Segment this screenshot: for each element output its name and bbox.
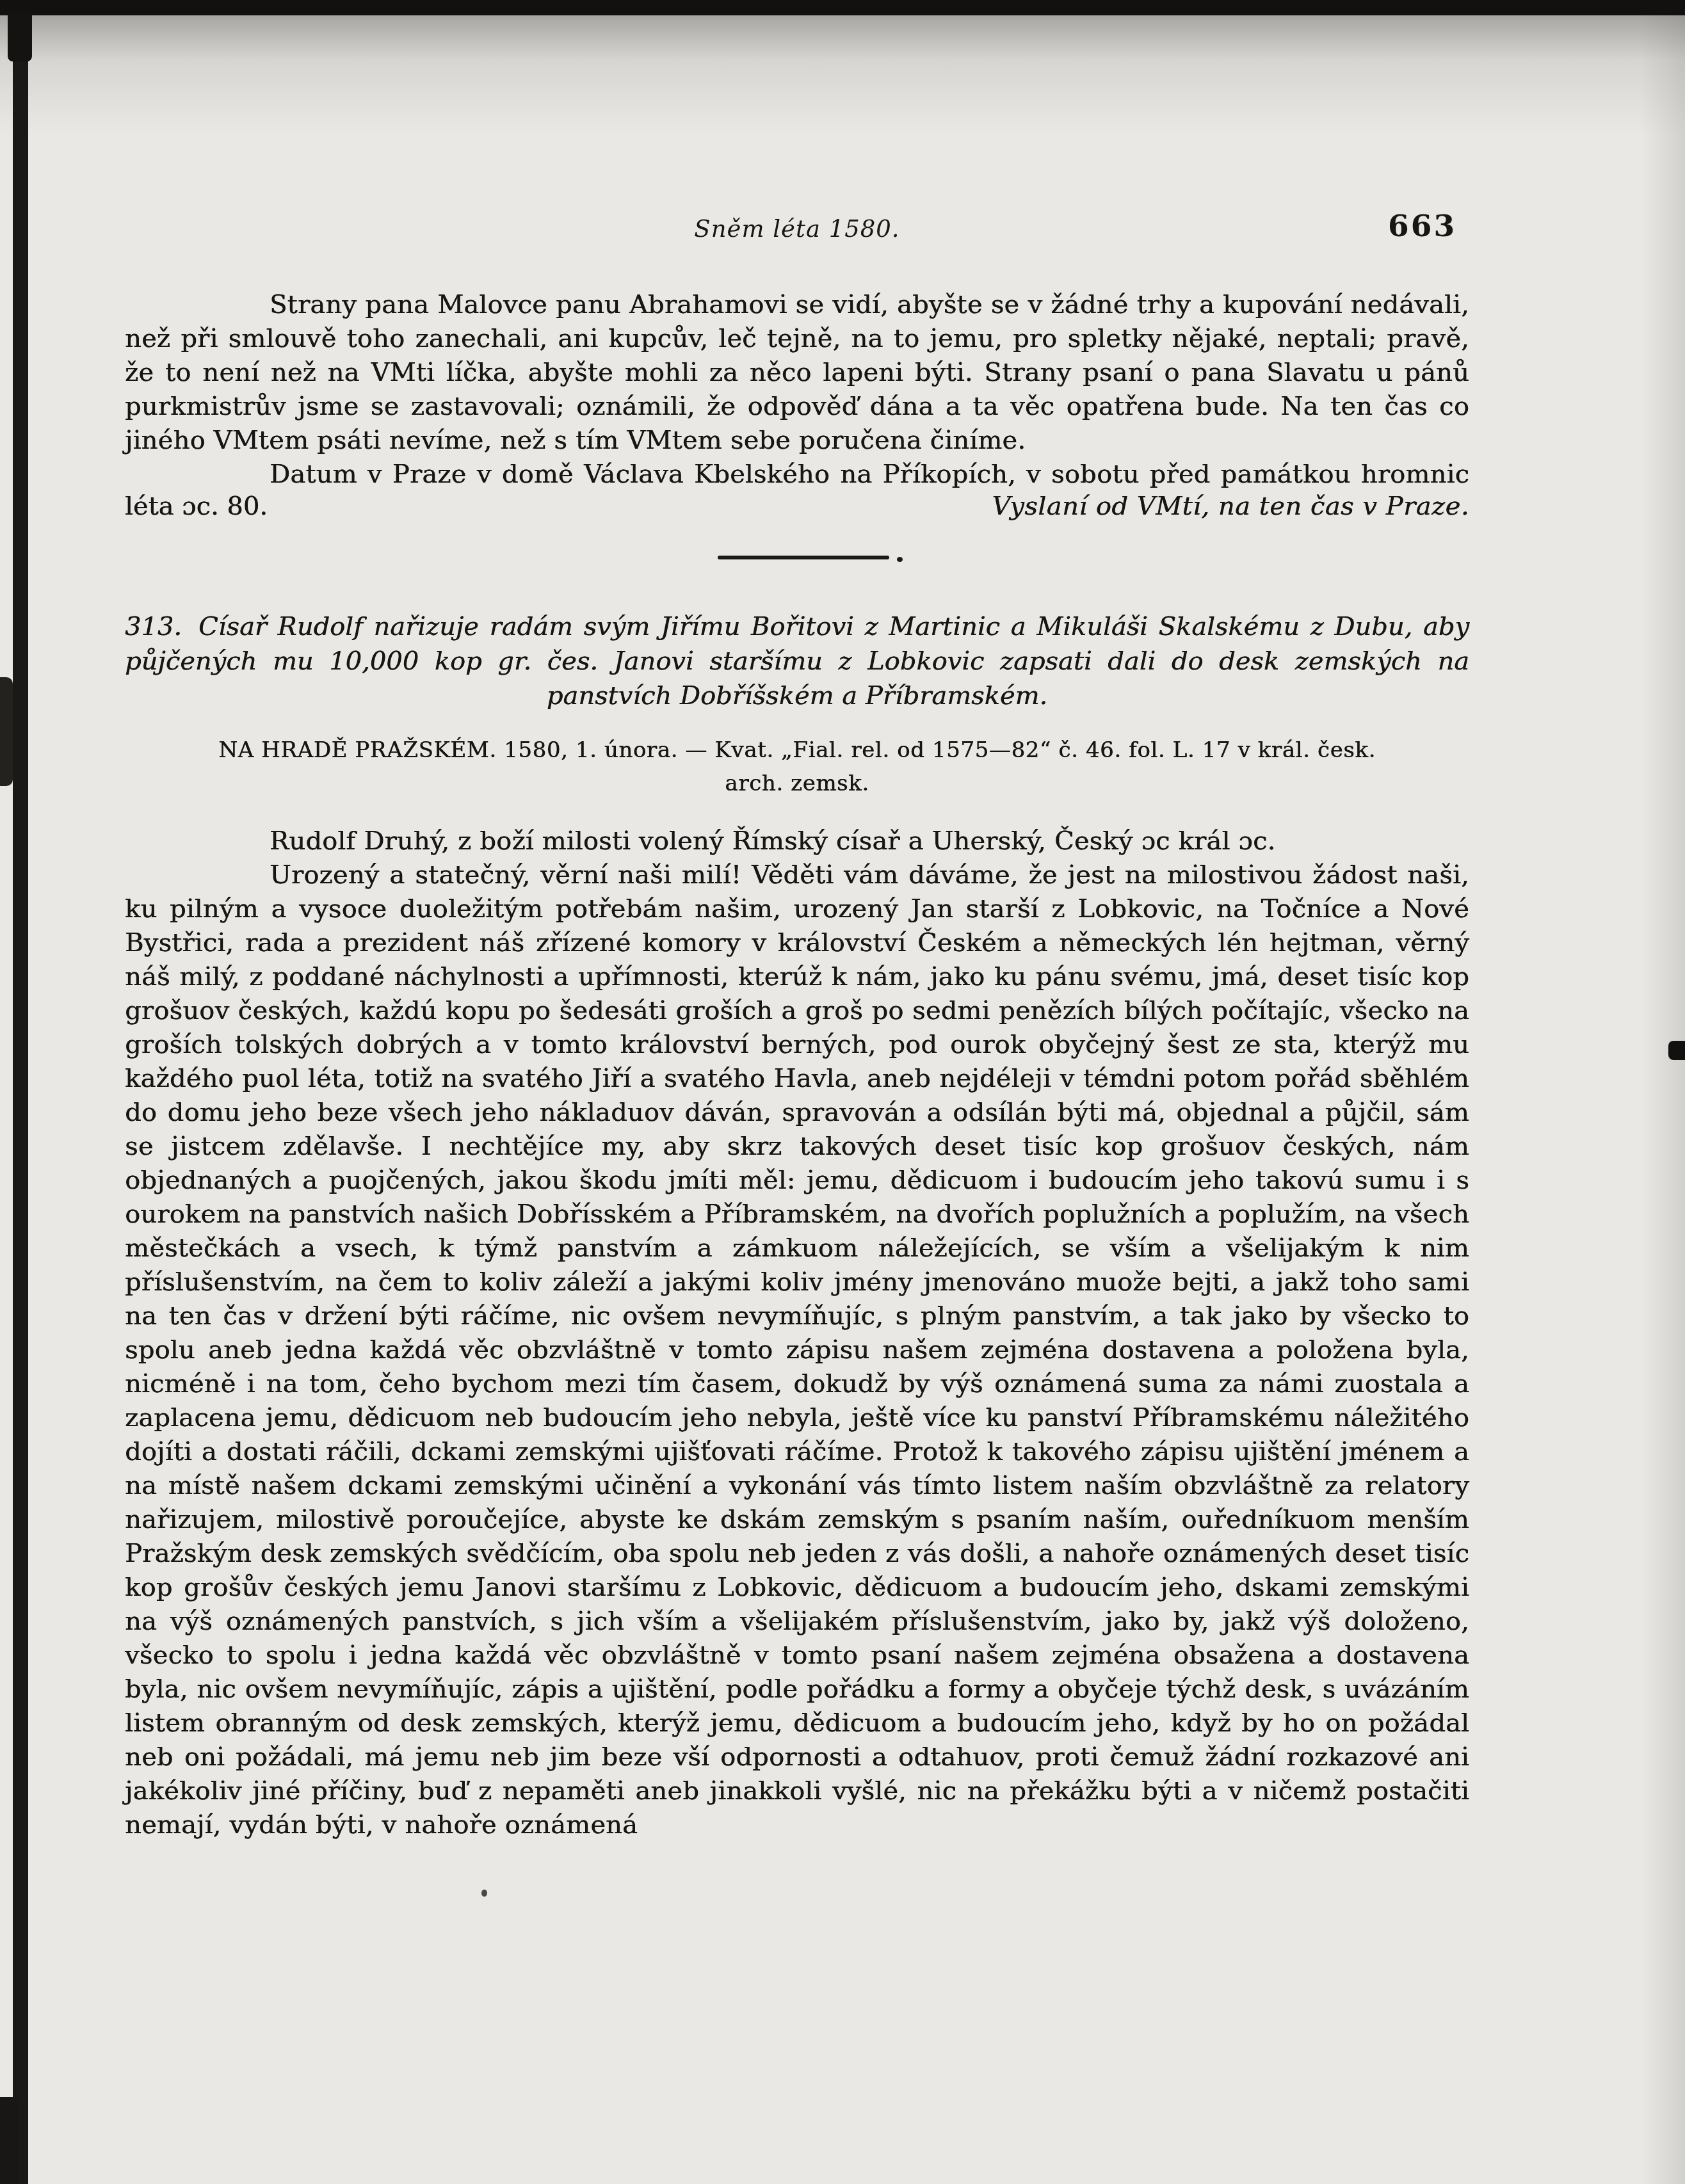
section-divider-dot — [897, 557, 903, 562]
entry-313-summary: Císař Rudolf nařizuje radám svým Jiřímu … — [125, 612, 1469, 711]
scan-edge-top — [0, 0, 1685, 15]
scan-right-shadow — [1640, 0, 1685, 2184]
letter-312-datum-line: Datum v Praze v domě Václava Kbelského n… — [125, 458, 1469, 492]
scan-bottom-left-ink-blot — [0, 2097, 19, 2184]
letter-312-datum-tail: léta ɔc. 80. — [125, 492, 268, 521]
entry-313-source-citation: NA HRADĚ PRAŽSKÉM. 1580, 1. února. — Kva… — [125, 734, 1469, 800]
section-divider-rule — [718, 556, 889, 559]
scan-top-shadow — [0, 0, 1685, 134]
running-head: Sněm léta 1580. — [125, 215, 1469, 243]
entry-313-body-paragraph: Urozený a statečný, věrní naši milí! Věd… — [125, 858, 1469, 1842]
scanned-book-page: Sněm léta 1580. 663 Strany pana Malovce … — [0, 0, 1685, 2184]
ink-speck — [481, 1890, 487, 1897]
scan-right-ink-blot — [1668, 1041, 1685, 1060]
entry-313-salutation: Rudolf Druhý, z boží milosti volený Říms… — [125, 824, 1469, 858]
scan-edge-left-top-blot — [8, 13, 32, 61]
scan-left-ink-blot — [0, 677, 13, 786]
letter-312-signature: Vyslaní od VMtí, na ten čas v Praze. — [992, 492, 1469, 521]
page-number: 663 — [1388, 209, 1456, 244]
source-citation-line-2: arch. zemsk. — [125, 767, 1469, 800]
source-citation-line-1: NA HRADĚ PRAŽSKÉM. 1580, 1. února. — Kva… — [125, 734, 1469, 767]
scan-edge-left — [13, 49, 28, 2184]
entry-313-number: 313. — [125, 612, 182, 641]
letter-312-body-paragraph: Strany pana Malovce panu Abrahamovi se v… — [125, 288, 1469, 458]
letter-312-signature-row: léta ɔc. 80. Vyslaní od VMtí, na ten čas… — [125, 492, 1469, 521]
entry-313-heading: 313.Císař Rudolf nařizuje radám svým Jiř… — [125, 609, 1469, 713]
